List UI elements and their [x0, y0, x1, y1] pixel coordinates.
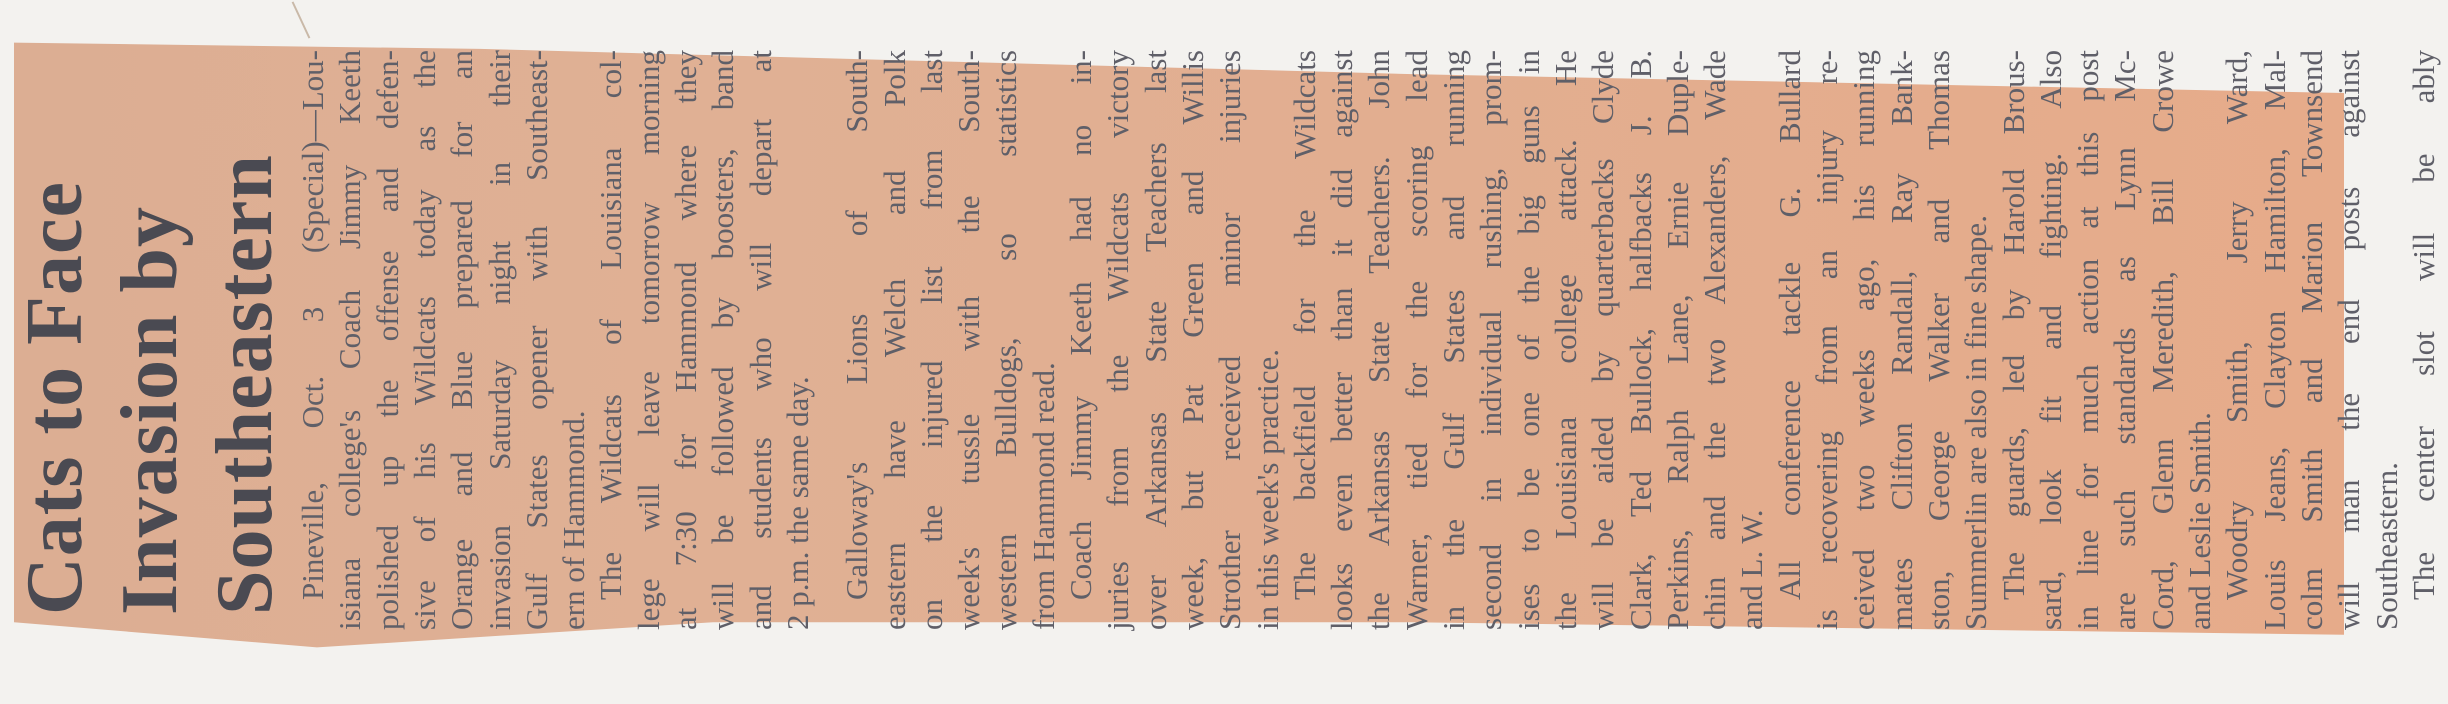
article-line: eastern have Welch and Polk	[878, 50, 912, 630]
article-line: Perkins, Ralph Lane, Ernie Duple-	[1661, 50, 1695, 630]
article-line: from Hammond read.	[1027, 50, 1061, 630]
article-line: Orange and Blue prepared for an	[445, 50, 479, 630]
article-line: sive of his Wildcats today as the	[408, 50, 442, 630]
paper-crease	[292, 1, 311, 38]
article-line: will be aided by quarterbacks Clyde	[1586, 50, 1620, 630]
article-line: week's tussle with the South-	[952, 50, 986, 630]
article-line: juries from the Wildcats victory	[1101, 50, 1135, 630]
article-line: week, but Pat Green and Willis	[1176, 50, 1210, 630]
article-line: will be followed by boosters, band	[706, 50, 740, 630]
article-line: Louis Jeans, Clayton Hamilton, Mal-	[2258, 50, 2292, 630]
article-line: on the injured list from last	[915, 50, 949, 630]
headline: Cats to Face Invasion by Southeastern	[20, 45, 290, 615]
article-line: ceived two weeks ago, his running	[1847, 50, 1881, 630]
article-line: in this week's practice.	[1251, 50, 1285, 630]
article-line: lege will leave tomorrow morning	[632, 50, 666, 630]
article-line: Warner, tied for the scoring lead	[1400, 50, 1434, 630]
article-line: Cord, Glenn Meredith, Bill Crowe	[2146, 50, 2180, 630]
article-line: western Bulldogs, so statistics	[989, 50, 1023, 630]
article-line: and Leslie Smith.	[2183, 50, 2217, 630]
article-line: mates Clifton Randall, Ray Bank-	[1885, 50, 1919, 630]
article-line: in line for much action at this post	[2071, 50, 2105, 630]
article-line: over Arkansas State Teachers last	[1139, 50, 1173, 630]
headline-line-2: Invasion by	[105, 206, 195, 615]
article-line: Strother received minor injuries	[1213, 50, 1247, 630]
article-line: Summerlin are also in fine shape.	[1959, 50, 1993, 630]
headline-line-1: Cats to Face	[10, 181, 100, 615]
headline-line-3: Southeastern	[200, 154, 290, 615]
article-line: ston, George Walker and Thomas	[1922, 50, 1956, 630]
article-line: will man the end posts against	[2332, 50, 2366, 630]
article-line: looks even better than it did against	[1325, 50, 1359, 630]
article-line: is recovering from an injury re-	[1810, 50, 1844, 630]
article-line: Galloway's Lions of South-	[840, 50, 874, 630]
article-line: and L. W.	[1735, 50, 1769, 630]
article-line: Gulf States opener with Southeast-	[520, 50, 554, 630]
article-line: Clark, Ted Bullock, halfbacks J. B.	[1624, 50, 1658, 630]
article-line: The Wildcats of Louisiana col-	[594, 50, 628, 630]
article-line: manned by Chester Manuel and	[2444, 50, 2448, 630]
article-line: second in individual rushing, prom-	[1474, 50, 1508, 630]
article-line: The guards, led by Harold Brous-	[1997, 50, 2031, 630]
article-line: invasion Saturday night in their	[483, 50, 517, 630]
article-line: ises to be one of the big guns in	[1512, 50, 1546, 630]
article-line: Pineville, Oct. 3 (Special)—Lou-	[296, 50, 330, 630]
article-line: 2 p.m. the same day.	[781, 50, 815, 630]
article-line: and students who will depart at	[744, 50, 778, 630]
article-line: the Arkansas State Teachers. John	[1362, 50, 1396, 630]
article-line: colm Smith and Marion Townsend	[2295, 50, 2329, 630]
article-line: chin and the two Alexanders, Wade	[1698, 50, 1732, 630]
article-line: The backfield for the Wildcats	[1288, 50, 1322, 630]
article-line: Southeastern.	[2370, 50, 2404, 630]
article-line: ern of Hammond.	[557, 50, 591, 630]
article-line: All conference tackle G. Bullard	[1773, 50, 1807, 630]
article-line: sard, look fit and fighting. Also	[2034, 50, 2068, 630]
article-line: The center slot will be ably	[2407, 50, 2441, 630]
article-line: isiana college's Coach Jimmy Keeth	[333, 50, 367, 630]
article-line: are such standards as Lynn Mc-	[2108, 50, 2142, 630]
article-line: in the Gulf States and running	[1437, 50, 1471, 630]
article-line: Woodry Smith, Jerry Ward,	[2220, 50, 2254, 630]
article-line: at 7:30 for Hammond where they	[669, 50, 703, 630]
article-line: polished up the offense and defen-	[371, 50, 405, 630]
article-line: Coach Jimmy Keeth had no in-	[1064, 50, 1098, 630]
article-line: the Louisiana college attack. He	[1549, 50, 1583, 630]
